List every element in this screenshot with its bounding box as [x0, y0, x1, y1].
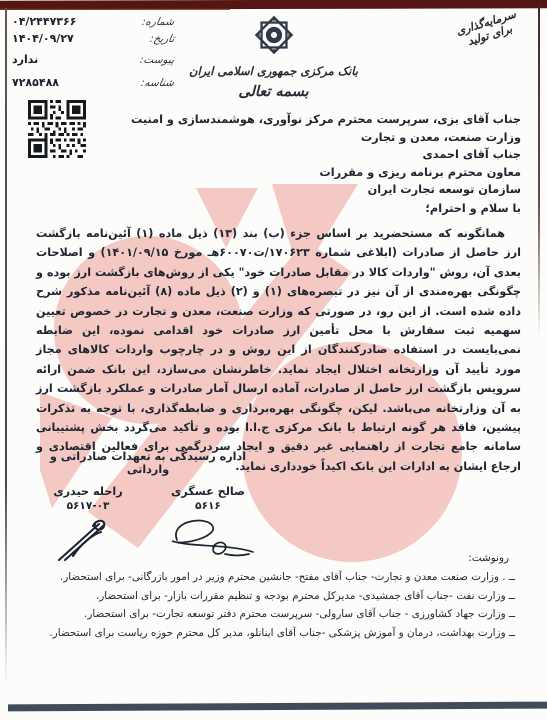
recipient-line: سازمان توسعه تجارت ایران: [131, 181, 521, 199]
id-label: شناسه:: [140, 77, 175, 89]
recipient-block: جناب آقای بزی، سرپرست محترم مرکز نوآوری،…: [131, 111, 521, 218]
field-date: تاریخ: ۱۴۰۴/۰۹/۲۷: [12, 32, 174, 45]
signer-name: صالح عسگری: [153, 485, 263, 498]
scan-right-edge: [538, 6, 540, 336]
cc-label: رونوشت:: [30, 549, 509, 568]
field-number: شماره: ۰۴/۲۴۴۷۳۶۶: [12, 15, 174, 28]
recipient-line: معاون محترم برنامه ریزی و مقررات: [131, 164, 521, 182]
bank-name: بانک مرکزی جمهوری اسلامی ایران: [179, 64, 369, 78]
id-value: ۷۲۸۵۴۸۸: [12, 76, 59, 89]
reference-fields: شماره: ۰۴/۲۴۴۷۳۶۶ تاریخ: ۱۴۰۴/۰۹/۲۷ پیوس…: [12, 15, 174, 89]
scanned-letter-page: { "masthead": { "slogan_line1": "سرمایه‌…: [0, 0, 547, 720]
central-bank-emblem-icon: [251, 12, 297, 58]
cc-item: ــ وزارت نفت -جناب آقای جمشیدی- مدیرکل م…: [30, 587, 515, 606]
number-label: شماره:: [141, 16, 175, 28]
department-name: اداره رسیدگی به تعهدات صادراتی و وارداتی: [28, 450, 268, 476]
bismillah-text: بسمه تعالی: [179, 84, 369, 100]
attachment-value: ندارد: [12, 53, 38, 66]
cc-item: ــ وزارت جهاد کشاورزی - جناب آقای سارولی…: [30, 605, 515, 624]
cc-block: رونوشت: ــ . وزارت صنعت معدن و تجارت- جن…: [30, 549, 515, 643]
year-slogan-calligraphy: سرمایه‌گذاری برای تولید: [443, 4, 533, 54]
letterhead-center: بانک مرکزی جمهوری اسلامی ایران بسمه تعال…: [179, 12, 369, 100]
number-value: ۰۴/۲۴۴۷۳۶۶: [12, 15, 76, 28]
signer-code: ۵۶۱۶: [153, 500, 263, 512]
letter-content: سرمایه‌گذاری برای تولید بانک مرکزی جمهور…: [0, 0, 547, 720]
field-id: شناسه: ۷۲۸۵۴۸۸: [12, 76, 174, 89]
cc-item: ــ . وزارت صنعت معدن و تجارت- جناب آقای …: [30, 568, 515, 587]
scan-top-edge-shadow: [0, 8, 230, 10]
signer-name: راحله حیدری: [33, 485, 143, 498]
scan-left-edge: [5, 8, 7, 686]
date-label: تاریخ:: [149, 33, 176, 45]
cc-item: ــ وزارت بهداشت، درمان و آموزش پزشکی -جن…: [30, 624, 515, 643]
attachment-label: پیوست:: [139, 54, 175, 66]
recipient-line: جناب آقای احمدی: [131, 146, 521, 164]
scan-bottom-edge: [8, 702, 547, 712]
salutation: با سلام و احترام؛: [131, 200, 521, 218]
field-attachment: پیوست: ندارد: [12, 53, 174, 66]
letter-body: همانگونه که مستحضرید بر اساس جزء (ب) بند…: [36, 224, 521, 476]
qr-code: [28, 97, 86, 161]
signer-code: ۵۶۱۷-۰۳: [33, 500, 143, 512]
recipient-line: جناب آقای بزی، سرپرست محترم مرکز نوآوری،…: [131, 111, 521, 129]
recipient-line: وزارت صنعت، معدن و تجارت: [131, 129, 521, 147]
date-value: ۱۴۰۴/۰۹/۲۷: [12, 32, 74, 45]
